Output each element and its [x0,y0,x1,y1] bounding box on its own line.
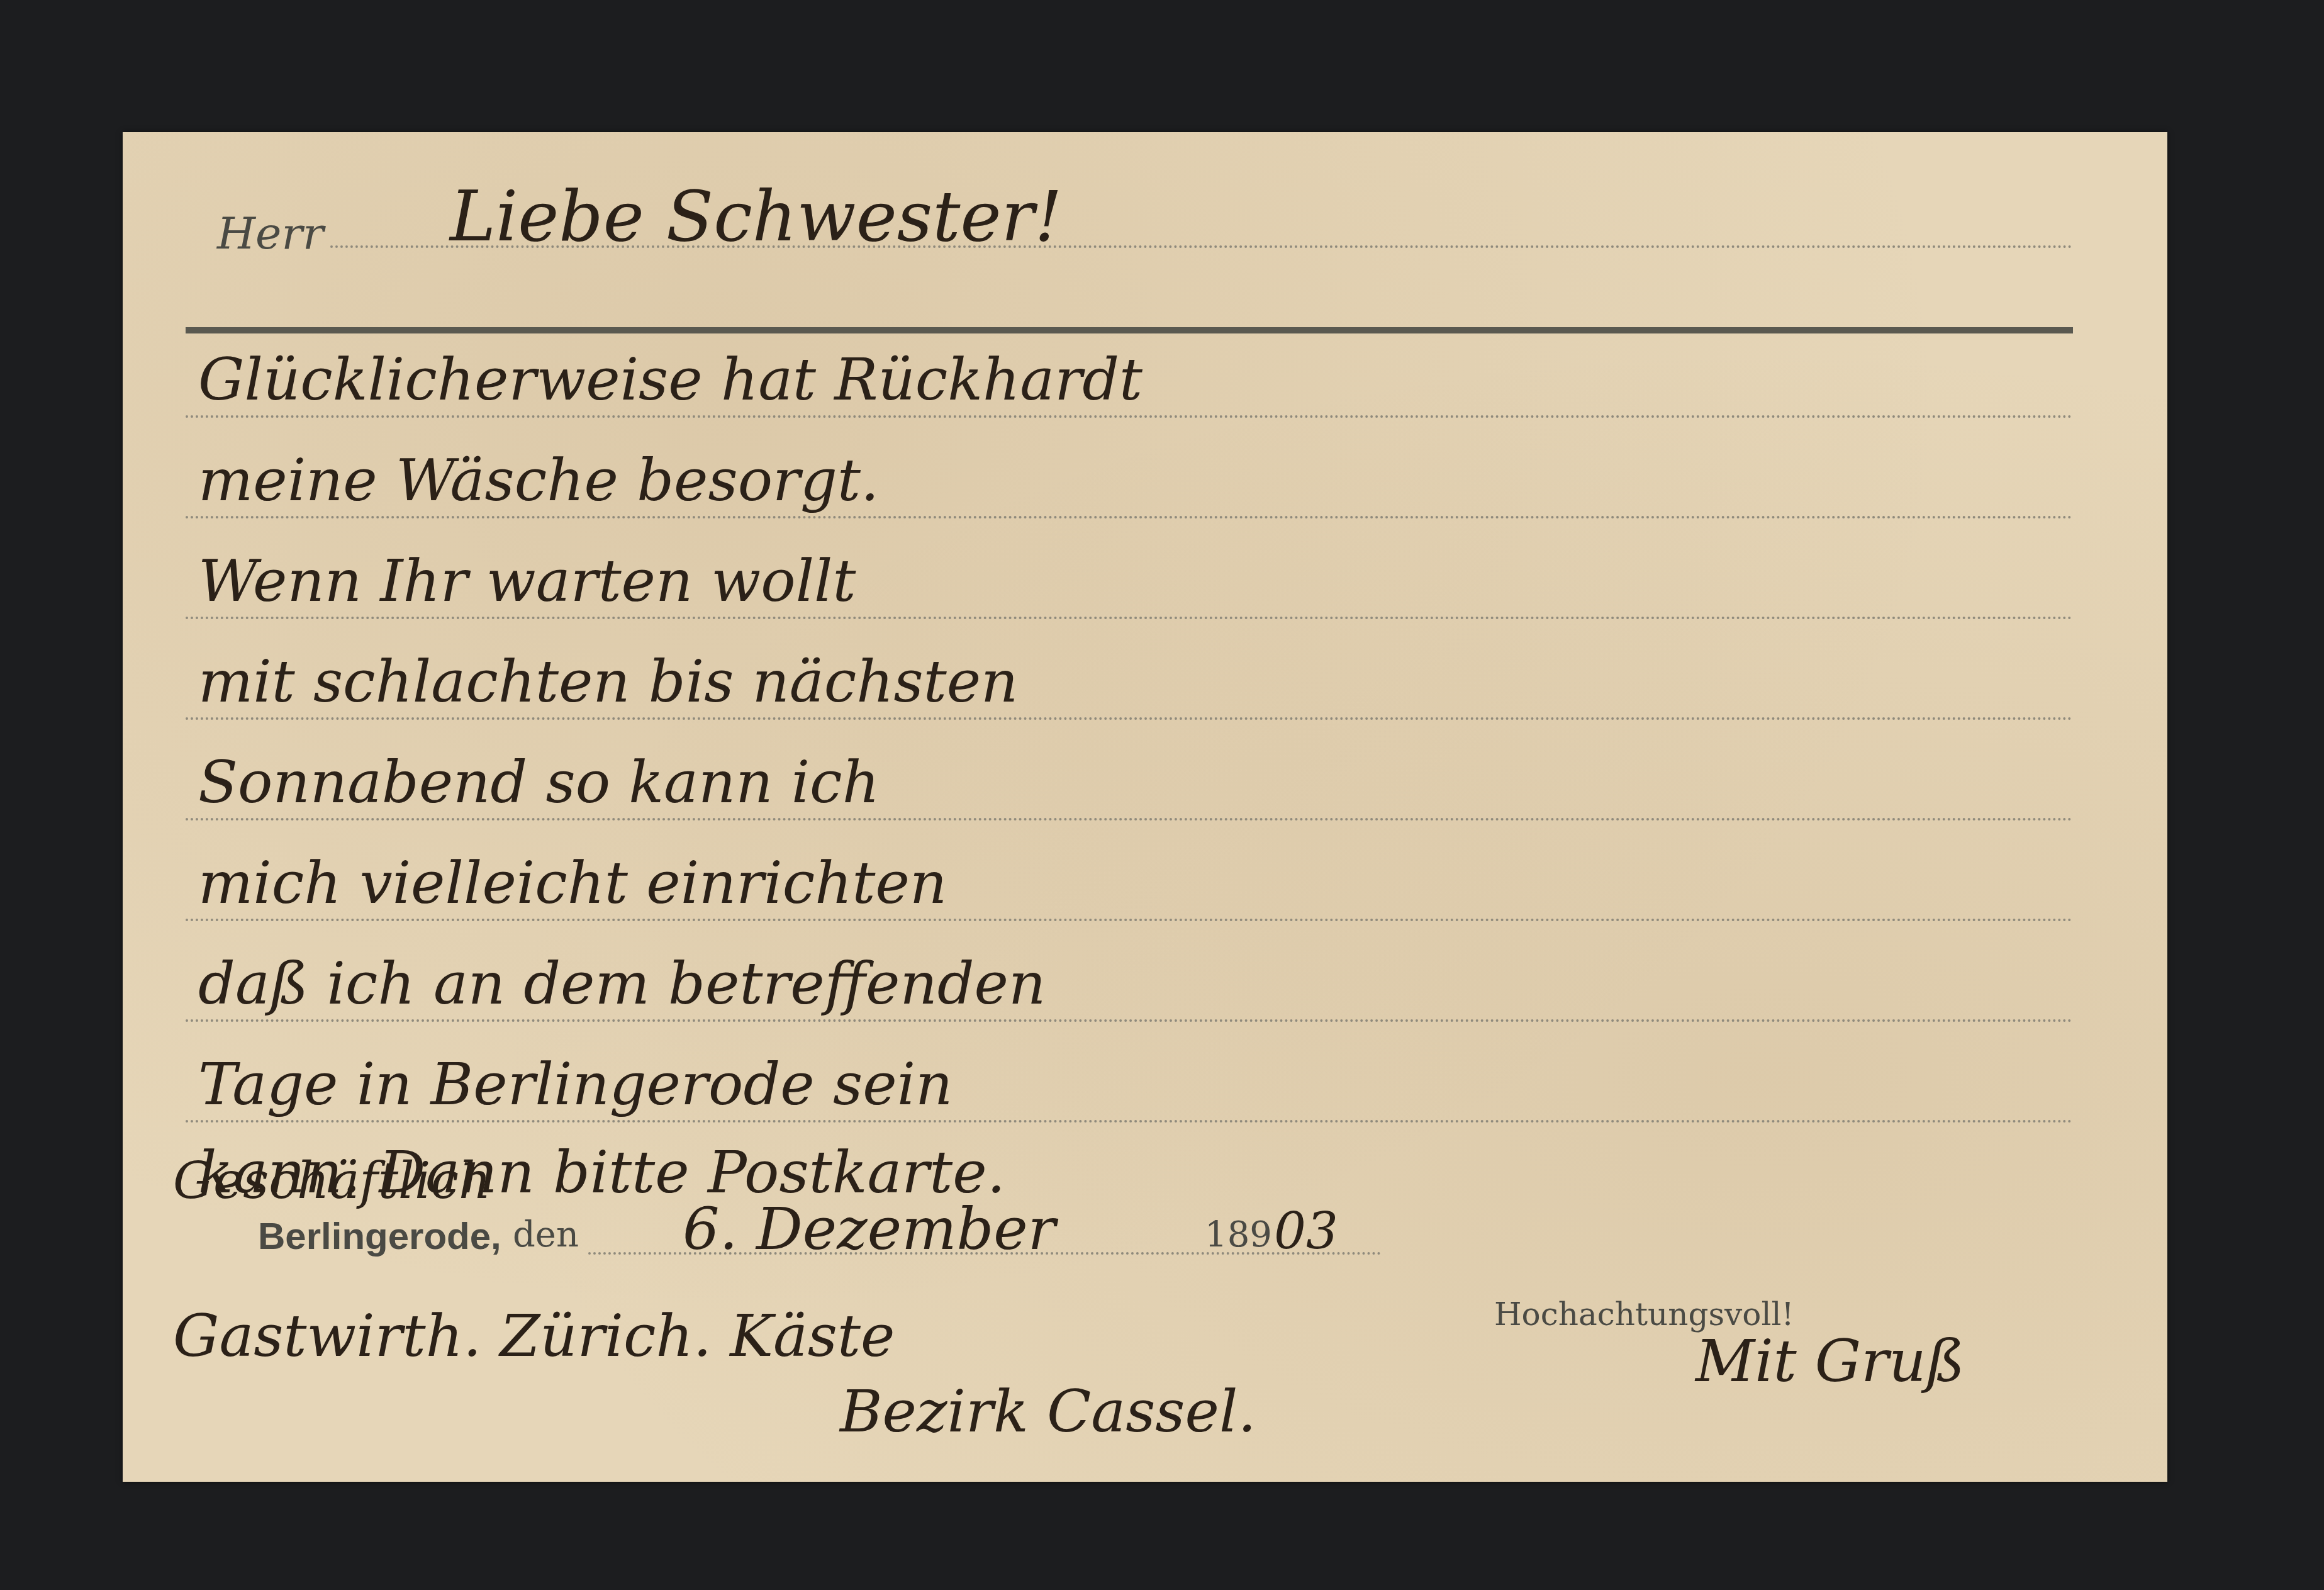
header-rule [186,327,2073,333]
body-line: daß ich an dem betreffenden [198,950,1046,1017]
printed-salutation: Herr [217,208,323,259]
body-line: Tage in Berlingerode sein [198,1051,953,1118]
writing-line [186,1120,2073,1123]
handwritten-signoff: Mit Gruß [1696,1328,1965,1395]
body-line: Glücklicherweise hat Rückhardt [198,346,1142,413]
body-line: meine Wäsche besorgt. [198,447,879,514]
body-line: Wenn Ihr warten wollt [198,547,856,615]
writing-line [186,1019,2073,1022]
printed-year-prefix: 189 [1205,1214,1272,1255]
printed-place: Berlingerode, [258,1214,501,1258]
writing-line [186,818,2073,820]
writing-line [186,617,2073,619]
lower-line: Geschäftlich [173,1151,491,1210]
body-line: Sonnabend so kann ich [198,749,880,816]
writing-line [186,516,2073,518]
body-line: mit schlachten bis nächsten [198,648,1018,715]
handwritten-year: 03 [1274,1202,1338,1260]
printed-date-prefix: den [513,1214,579,1255]
lower-line: Bezirk Cassel. [840,1378,1256,1445]
postcard: Herr Liebe Schwester! Glücklicherweise h… [123,132,2167,1482]
writing-line [186,919,2073,921]
handwritten-greeting: Liebe Schwester! [450,176,1062,257]
lower-line: Gastwirth. Zürich. Käste [173,1302,895,1370]
writing-line [186,717,2073,720]
handwritten-date: 6. Dezember [683,1195,1056,1263]
body-line: mich vielleicht einrichten [198,849,947,917]
writing-line [186,415,2073,418]
